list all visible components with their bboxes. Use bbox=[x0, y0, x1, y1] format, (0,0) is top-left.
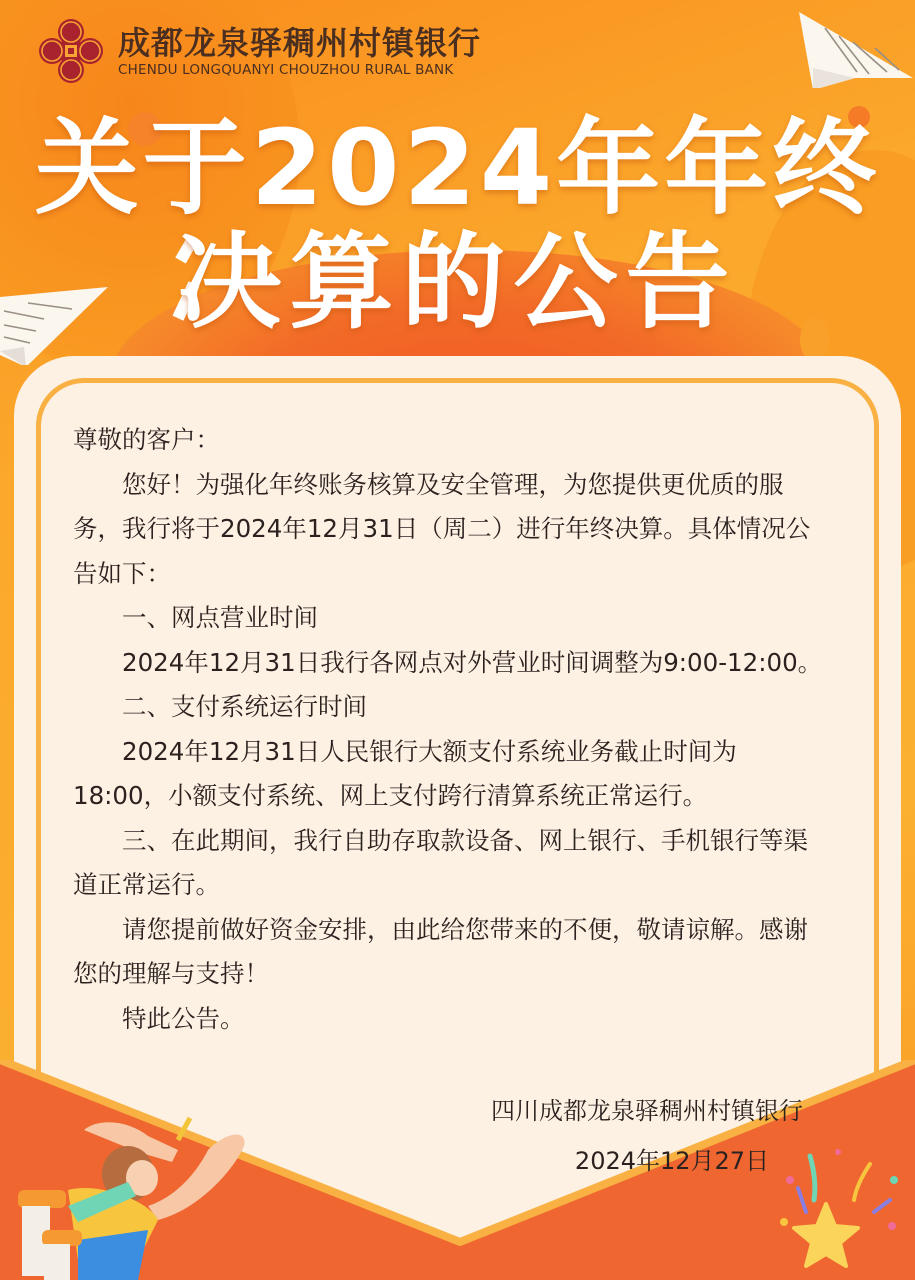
bank-logo-icon bbox=[38, 18, 104, 84]
notice-poster: 成都龙泉驿稠州村镇银行 CHENDU LONGQUANYI CHOUZHOU R… bbox=[0, 0, 915, 1280]
section-heading: 一、网点营业时间 bbox=[73, 596, 823, 641]
section-heading: 二、支付系统运行时间 bbox=[73, 685, 823, 730]
girl-illustration-icon bbox=[8, 1110, 258, 1280]
page-title-line1: 关于2024年年终 bbox=[0, 108, 915, 228]
bank-name-en: CHENDU LONGQUANYI CHOUZHOU RURAL BANK bbox=[118, 62, 481, 78]
notice-paragraph: 三、在此期间，我行自助存取款设备、网上银行、手机银行等渠道正常运行。 bbox=[73, 819, 823, 908]
notice-paragraph: 2024年12月31日我行各网点对外营业时间调整为9:00-12:00。 bbox=[73, 641, 823, 686]
salutation: 尊敬的客户： bbox=[73, 418, 823, 463]
signature-organization: 四川成都龙泉驿稠州村镇银行 bbox=[491, 1086, 803, 1136]
notice-paragraph: 请您提前做好资金安排，由此给您带来的不便，敬请谅解。感谢您的理解与支持！ bbox=[73, 908, 823, 997]
notice-body: 尊敬的客户： 您好！为强化年终账务核算及安全管理，为您提供更优质的服务，我行将于… bbox=[73, 418, 823, 1041]
signature-date: 2024年12月27日 bbox=[491, 1136, 803, 1186]
signature-block: 四川成都龙泉驿稠州村镇银行 2024年12月27日 bbox=[491, 1086, 803, 1186]
notice-paragraph: 您好！为强化年终账务核算及安全管理，为您提供更优质的服务，我行将于2024年12… bbox=[73, 463, 823, 597]
star-icon bbox=[790, 1200, 862, 1272]
bank-header: 成都龙泉驿稠州村镇银行 CHENDU LONGQUANYI CHOUZHOU R… bbox=[38, 18, 481, 84]
notice-paragraph: 2024年12月31日人民银行大额支付系统业务截止时间为18:00，小额支付系统… bbox=[73, 730, 823, 819]
closing-line: 特此公告。 bbox=[73, 997, 823, 1042]
bank-name-cn: 成都龙泉驿稠州村镇银行 bbox=[118, 24, 481, 62]
page-title-line2: 决算的公告 bbox=[0, 222, 915, 342]
flying-paper-icon bbox=[795, 8, 915, 88]
